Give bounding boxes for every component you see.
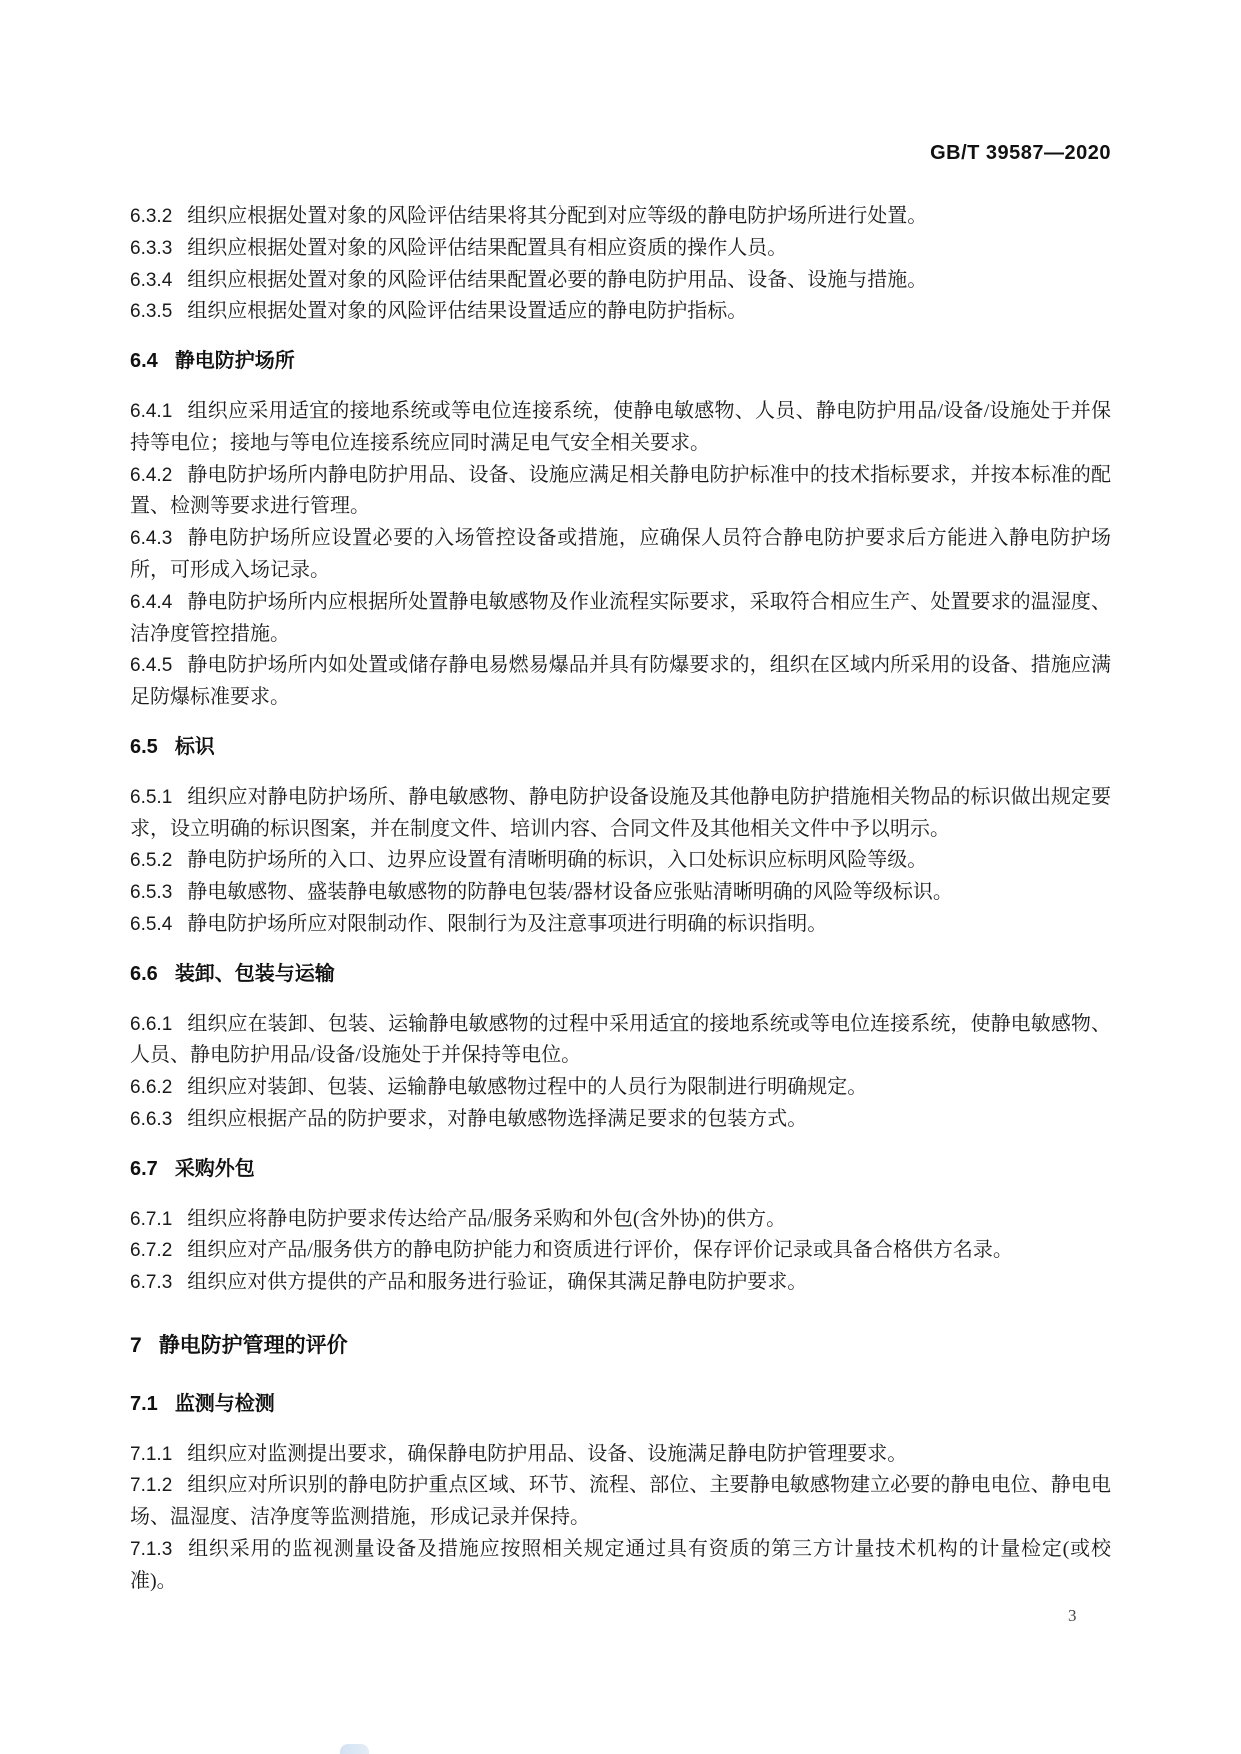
clause-6-4-5: 6.4.5静电防护场所内如处置或储存静电易燃易爆品并具有防爆要求的，组织在区域内… [130, 650, 1111, 714]
section-title: 装卸、包装与运输 [175, 963, 335, 985]
clause-6-4-2: 6.4.2静电防护场所内静电防护用品、设备、设施应满足相关静电防护标准中的技术指… [130, 460, 1111, 524]
clause-text: 静电防护场所内如处置或储存静电易燃易爆品并具有防爆要求的，组织在区域内所采用的设… [130, 654, 1111, 708]
clause-6-4-3: 6.4.3静电防护场所应设置必要的入场管控设备或措施，应确保人员符合静电防护要求… [130, 523, 1111, 587]
chapter-heading-7: 7静电防护管理的评价 [130, 1330, 1111, 1362]
clause-text: 静电防护场所应对限制动作、限制行为及注意事项进行明确的标识指明。 [187, 913, 827, 935]
clause-6-6-3: 6.6.3组织应根据产品的防护要求，对静电敏感物选择满足要求的包装方式。 [130, 1104, 1111, 1136]
clause-number: 6.5.2 [130, 850, 172, 871]
clause-text: 组织应对静电防护场所、静电敏感物、静电防护设备设施及其他静电防护措施相关物品的标… [130, 786, 1111, 840]
clause-text: 静电敏感物、盛装静电敏感物的防静电包装/器材设备应张贴清晰明确的风险等级标识。 [187, 881, 953, 903]
clause-6-4-1: 6.4.1组织应采用适宜的接地系统或等电位连接系统，使静电敏感物、人员、静电防护… [130, 396, 1111, 460]
clause-number: 6.7.3 [130, 1272, 172, 1293]
section-heading-6-4: 6.4静电防护场所 [130, 346, 1111, 378]
clause-number: 6.5.3 [130, 882, 172, 903]
section-title: 采购外包 [175, 1158, 255, 1180]
clause-number: 6.6.1 [130, 1014, 172, 1035]
clause-number: 6.3.4 [130, 270, 172, 291]
chapter-title: 静电防护管理的评价 [159, 1334, 348, 1357]
section-heading-6-6: 6.6装卸、包装与运输 [130, 959, 1111, 991]
section-heading-6-7: 6.7采购外包 [130, 1154, 1111, 1186]
clause-7-1-2: 7.1.2组织应对所识别的静电防护重点区域、环节、流程、部位、主要静电敏感物建立… [130, 1470, 1111, 1534]
floating-toolbar-partial[interactable] [340, 1744, 369, 1754]
clause-text: 静电防护场所应设置必要的入场管控设备或措施，应确保人员符合静电防护要求后方能进入… [130, 527, 1111, 581]
clause-6-3-5: 6.3.5组织应根据处置对象的风险评估结果设置适应的静电防护指标。 [130, 296, 1111, 328]
clause-text: 组织应对产品/服务供方的静电防护能力和资质进行评价，保存评价记录或具备合格供方名… [187, 1239, 1013, 1261]
section-number: 7.1 [130, 1393, 158, 1415]
section-heading-7-1: 7.1监测与检测 [130, 1389, 1111, 1421]
clause-text: 组织应在装卸、包装、运输静电敏感物的过程中采用适宜的接地系统或等电位连接系统，使… [130, 1013, 1111, 1067]
clause-text: 组织应采用适宜的接地系统或等电位连接系统，使静电敏感物、人员、静电防护用品/设备… [130, 400, 1111, 454]
clause-6-7-3: 6.7.3组织应对供方提供的产品和服务进行验证，确保其满足静电防护要求。 [130, 1267, 1111, 1299]
clause-number: 6.7.1 [130, 1209, 172, 1230]
clause-text: 组织应对所识别的静电防护重点区域、环节、流程、部位、主要静电敏感物建立必要的静电… [130, 1474, 1111, 1528]
clause-7-1-1: 7.1.1组织应对监测提出要求，确保静电防护用品、设备、设施满足静电防护管理要求… [130, 1439, 1111, 1471]
clause-6-5-4: 6.5.4静电防护场所应对限制动作、限制行为及注意事项进行明确的标识指明。 [130, 909, 1111, 941]
clause-number: 7.1.3 [130, 1539, 172, 1560]
clause-text: 组织应根据处置对象的风险评估结果配置具有相应资质的操作人员。 [187, 237, 787, 259]
clause-number: 6.4.2 [130, 465, 172, 486]
clause-7-1-3: 7.1.3组织采用的监视测量设备及措施应按照相关规定通过具有资质的第三方计量技术… [130, 1534, 1111, 1598]
clause-6-7-1: 6.7.1组织应将静电防护要求传达给产品/服务采购和外包(含外协)的供方。 [130, 1204, 1111, 1236]
clause-number: 6.4.1 [130, 401, 172, 422]
clause-6-3-2: 6.3.2组织应根据处置对象的风险评估结果将其分配到对应等级的静电防护场所进行处… [130, 201, 1111, 233]
clause-text: 组织采用的监视测量设备及措施应按照相关规定通过具有资质的第三方计量技术机构的计量… [130, 1538, 1111, 1592]
section-title: 监测与检测 [175, 1393, 275, 1415]
clause-number: 6.5.1 [130, 787, 172, 808]
standard-number: GB/T 39587—2020 [930, 142, 1111, 164]
clause-text: 组织应根据处置对象的风险评估结果配置必要的静电防护用品、设备、设施与措施。 [187, 269, 927, 291]
clause-text: 组织应将静电防护要求传达给产品/服务采购和外包(含外协)的供方。 [187, 1208, 786, 1230]
clause-number: 6.4.5 [130, 655, 172, 676]
clause-number: 6.3.5 [130, 301, 172, 322]
clause-6-6-1: 6.6.1组织应在装卸、包装、运输静电敏感物的过程中采用适宜的接地系统或等电位连… [130, 1009, 1111, 1073]
clause-6-3-3: 6.3.3组织应根据处置对象的风险评估结果配置具有相应资质的操作人员。 [130, 233, 1111, 265]
section-title: 标识 [175, 736, 215, 758]
clause-text: 组织应对监测提出要求，确保静电防护用品、设备、设施满足静电防护管理要求。 [187, 1443, 907, 1465]
clause-number: 6.6.2 [130, 1077, 172, 1098]
standard-number-header: GB/T 39587—2020 [130, 142, 1111, 165]
clause-text: 组织应根据产品的防护要求，对静电敏感物选择满足要求的包装方式。 [187, 1108, 807, 1130]
clause-number: 7.1.2 [130, 1475, 172, 1496]
clause-number: 6.6.3 [130, 1109, 172, 1130]
section-title: 静电防护场所 [175, 350, 295, 372]
clause-text: 组织应根据处置对象的风险评估结果将其分配到对应等级的静电防护场所进行处置。 [187, 205, 927, 227]
chapter-number: 7 [130, 1334, 142, 1357]
section-number: 6.6 [130, 963, 158, 985]
clause-text: 组织应对供方提供的产品和服务进行验证，确保其满足静电防护要求。 [187, 1271, 807, 1293]
clause-6-5-2: 6.5.2静电防护场所的入口、边界应设置有清晰明确的标识，入口处标识应标明风险等… [130, 845, 1111, 877]
clause-6-5-3: 6.5.3静电敏感物、盛装静电敏感物的防静电包装/器材设备应张贴清晰明确的风险等… [130, 877, 1111, 909]
section-heading-6-5: 6.5标识 [130, 732, 1111, 764]
clause-text: 静电防护场所内静电防护用品、设备、设施应满足相关静电防护标准中的技术指标要求，并… [130, 464, 1111, 518]
clause-number: 6.4.3 [130, 528, 172, 549]
clause-text: 静电防护场所内应根据所处置静电敏感物及作业流程实际要求，采取符合相应生产、处置要… [130, 591, 1111, 645]
clause-number: 7.1.1 [130, 1444, 172, 1465]
clause-6-3-4: 6.3.4组织应根据处置对象的风险评估结果配置必要的静电防护用品、设备、设施与措… [130, 265, 1111, 297]
section-number: 6.5 [130, 736, 158, 758]
clause-text: 组织应对装卸、包装、运输静电敏感物过程中的人员行为限制进行明确规定。 [187, 1076, 867, 1098]
clause-text: 组织应根据处置对象的风险评估结果设置适应的静电防护指标。 [187, 300, 747, 322]
page-number: 3 [1068, 1606, 1077, 1626]
section-number: 6.7 [130, 1158, 158, 1180]
section-number: 6.4 [130, 350, 158, 372]
clause-number: 6.7.2 [130, 1240, 172, 1261]
clause-number: 6.4.4 [130, 592, 172, 613]
clause-6-7-2: 6.7.2组织应对产品/服务供方的静电防护能力和资质进行评价，保存评价记录或具备… [130, 1235, 1111, 1267]
clause-6-6-2: 6.6.2组织应对装卸、包装、运输静电敏感物过程中的人员行为限制进行明确规定。 [130, 1072, 1111, 1104]
clause-number: 6.5.4 [130, 914, 172, 935]
clause-6-4-4: 6.4.4静电防护场所内应根据所处置静电敏感物及作业流程实际要求，采取符合相应生… [130, 587, 1111, 651]
clause-number: 6.3.3 [130, 238, 172, 259]
document-body: 6.3.2组织应根据处置对象的风险评估结果将其分配到对应等级的静电防护场所进行处… [130, 201, 1111, 1597]
clause-6-5-1: 6.5.1组织应对静电防护场所、静电敏感物、静电防护设备设施及其他静电防护措施相… [130, 782, 1111, 846]
clause-text: 静电防护场所的入口、边界应设置有清晰明确的标识，入口处标识应标明风险等级。 [187, 849, 927, 871]
clause-number: 6.3.2 [130, 206, 172, 227]
